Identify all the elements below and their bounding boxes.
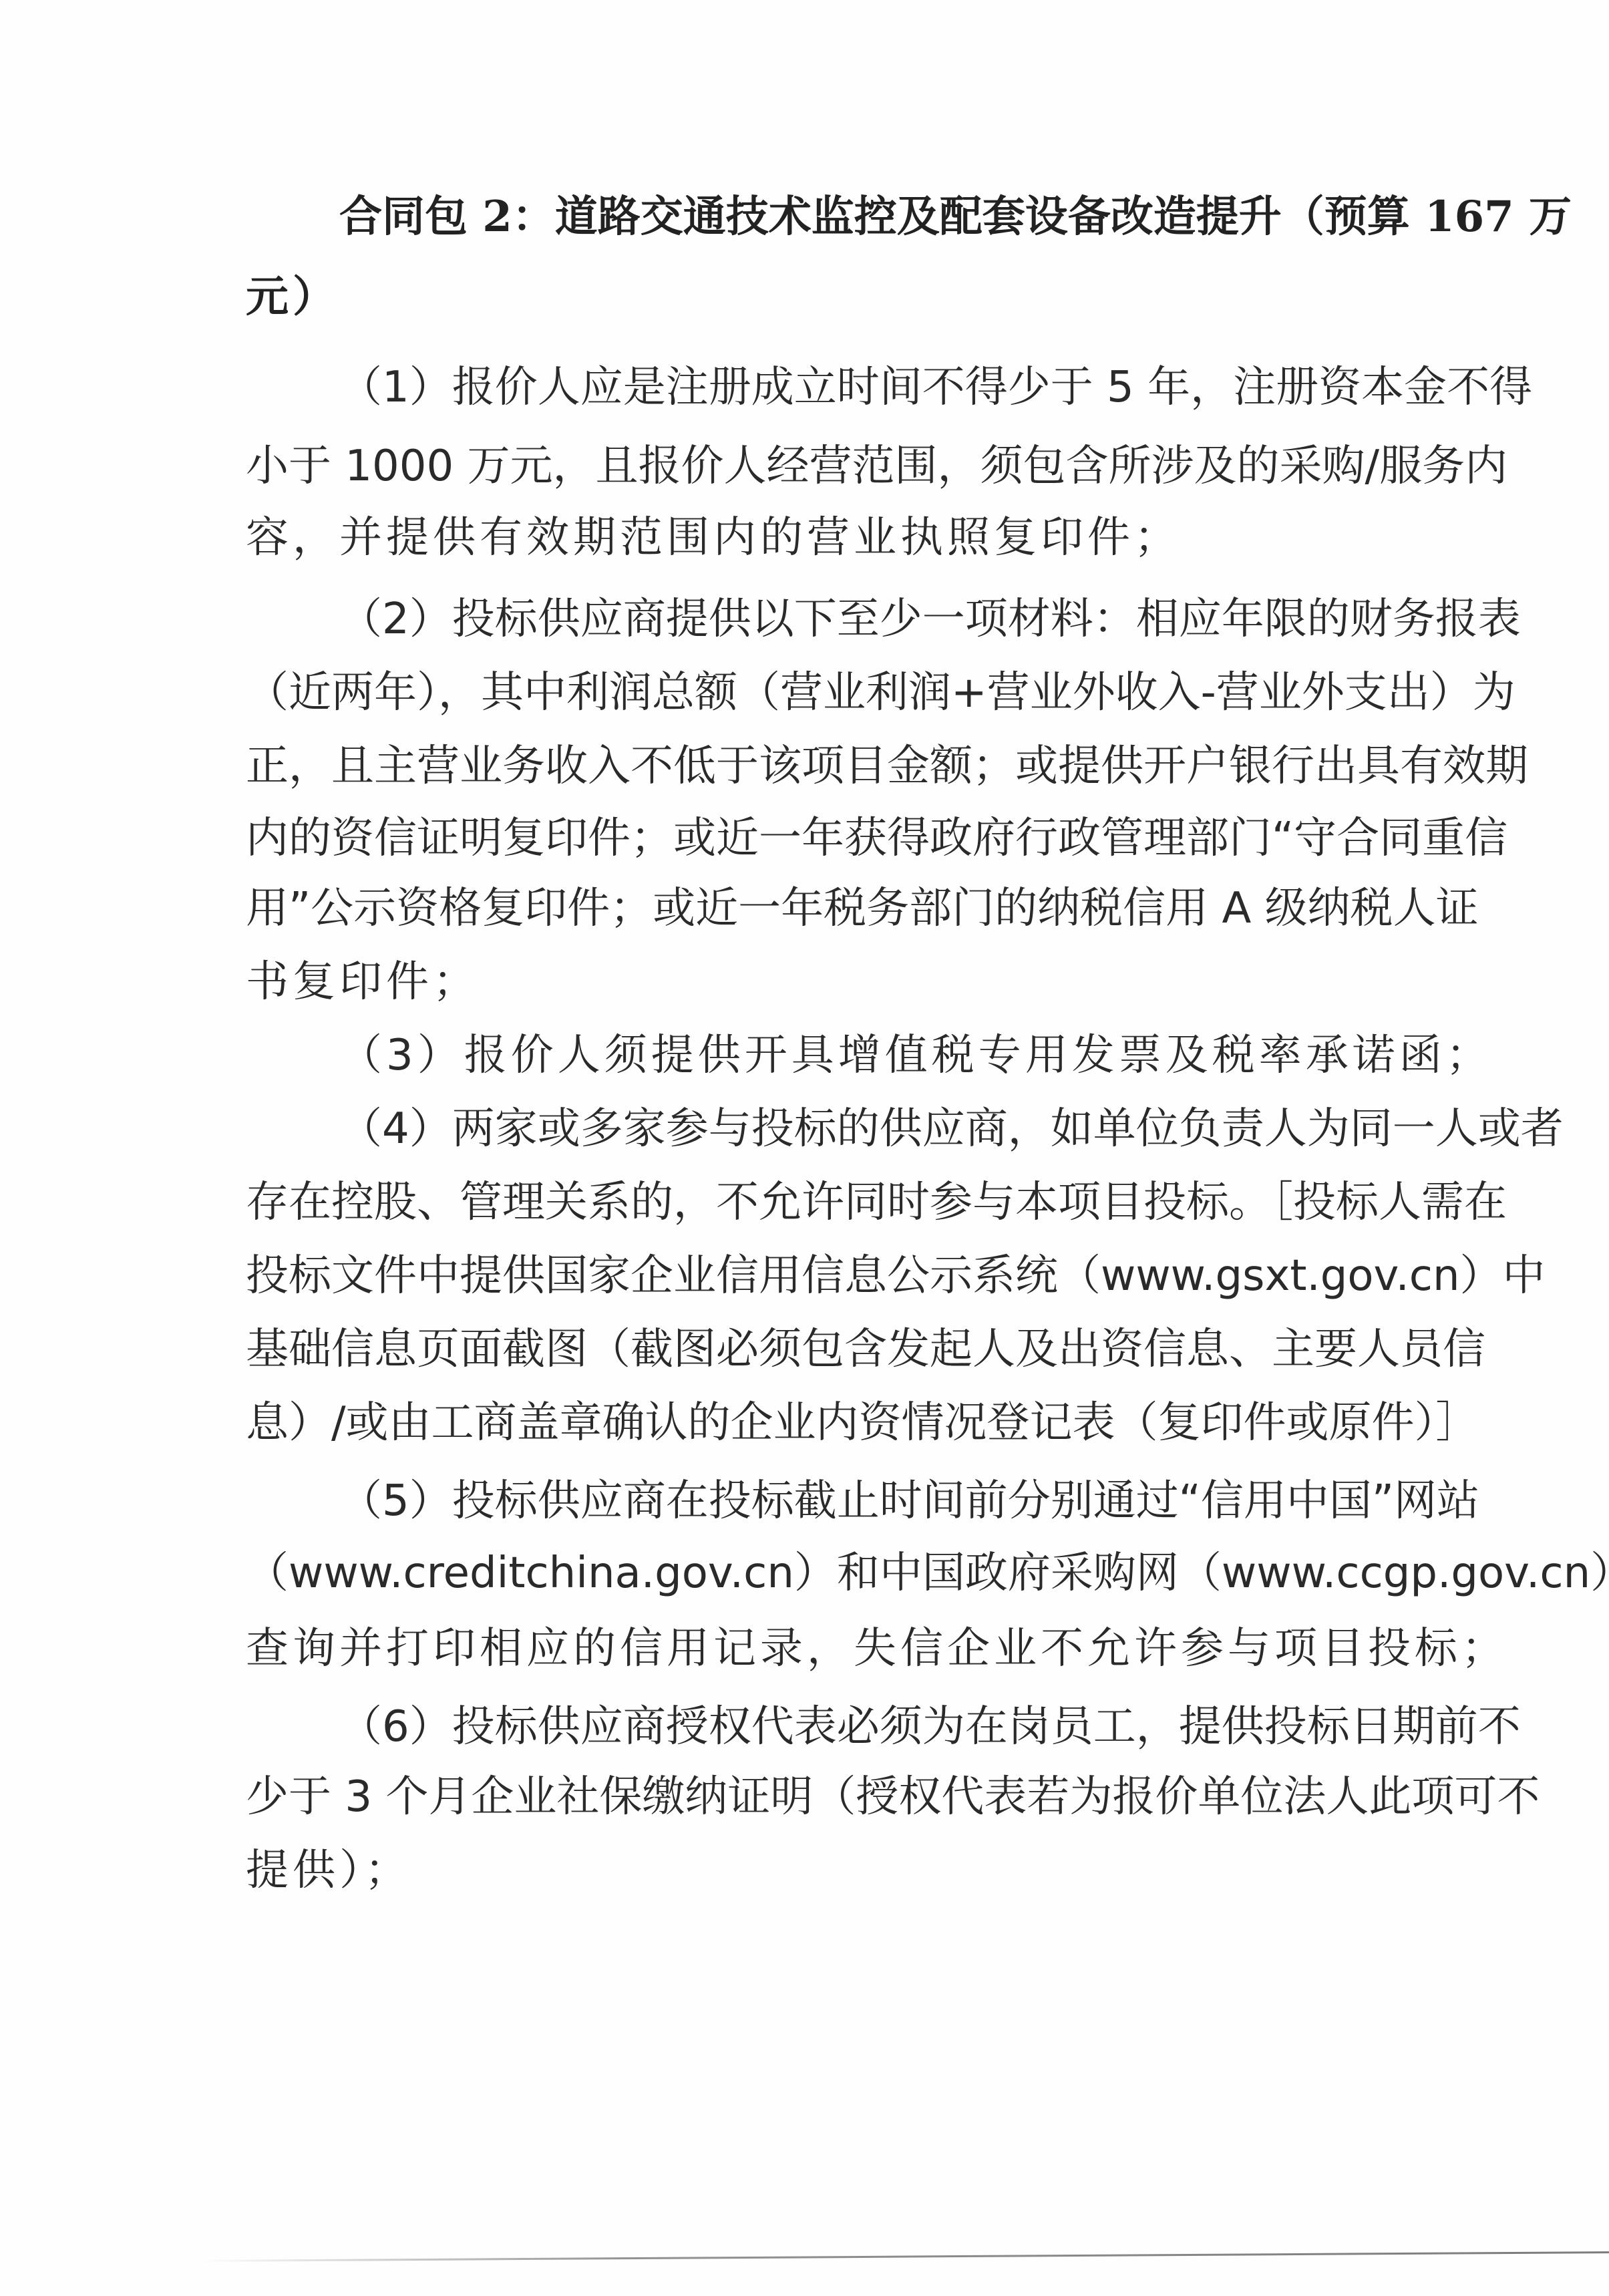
item-4-line-3: 投标文件中提供国家企业信用信息公示系统（www.gsxt.gov.cn）中 bbox=[246, 1246, 1411, 1306]
item-6-line-2: 少于 3 个月企业社保缴纳证明（授权代表若为报价单位法人此项可不 bbox=[246, 1767, 1411, 1827]
item-2-line-3: 正，且主营业务收入不低于该项目金额；或提供开户银行出具有效期 bbox=[246, 736, 1411, 796]
scanned-document-page: 合同包 2：道路交通技术监控及配套设备改造提升（预算 167 万 元） （1）报… bbox=[0, 0, 1609, 2296]
item-3-line-1: （3）报价人须提供开具增值税专用发票及税率承诺函； bbox=[339, 1025, 1411, 1086]
item-5-line-1: （5）投标供应商在投标截止时间前分别通过“信用中国”网站 bbox=[339, 1471, 1411, 1531]
item-2-line-6: 书复印件； bbox=[246, 952, 1411, 1012]
item-1-line-2: 小于 1000 万元，且报价人经营范围，须包含所涉及的采购/服务内 bbox=[246, 436, 1411, 496]
item-4-line-1: （4）两家或多家参与投标的供应商，如单位负责人为同一人或者 bbox=[339, 1099, 1411, 1159]
item-4-line-5: 息）/或由工商盖章确认的企业内资情况登记表（复印件或原件）］ bbox=[246, 1393, 1411, 1453]
item-5-line-3: 查询并打印相应的信用记录，失信企业不允许参与项目投标； bbox=[246, 1619, 1411, 1679]
item-1-line-1: （1）报价人应是注册成立时间不得少于 5 年，注册资本金不得 bbox=[339, 357, 1411, 418]
item-2-line-1: （2）投标供应商提供以下至少一项材料：相应年限的财务报表 bbox=[339, 589, 1411, 649]
item-1-line-3: 容，并提供有效期范围内的营业执照复印件； bbox=[246, 508, 1411, 568]
item-6-line-1: （6）投标供应商授权代表必须为在岗员工，提供投标日期前不 bbox=[339, 1697, 1411, 1757]
item-6-line-3: 提供）； bbox=[246, 1840, 1411, 1901]
item-2-line-4: 内的资信证明复印件；或近一年获得政府行政管理部门“守合同重信 bbox=[246, 808, 1411, 868]
scan-edge-line bbox=[200, 2251, 1609, 2262]
item-4-line-2: 存在控股、管理关系的，不允许同时参与本项目投标。［投标人需在 bbox=[246, 1172, 1411, 1233]
item-2-line-5: 用”公示资格复印件；或近一年税务部门的纳税信用 A 级纳税人证 bbox=[246, 878, 1411, 939]
item-5-line-2: （www.creditchina.gov.cn）和中国政府采购网（www.ccg… bbox=[246, 1543, 1411, 1603]
item-4-line-4: 基础信息页面截图（截图必须包含发起人及出资信息、主要人员信 bbox=[246, 1319, 1411, 1379]
section-title-line-1: 合同包 2：道路交通技术监控及配套设备改造提升（预算 167 万 bbox=[339, 187, 1411, 247]
item-2-line-2: （近两年），其中利润总额（营业利润+营业外收入-营业外支出）为 bbox=[246, 663, 1411, 723]
section-title-line-2: 元） bbox=[246, 267, 1411, 327]
